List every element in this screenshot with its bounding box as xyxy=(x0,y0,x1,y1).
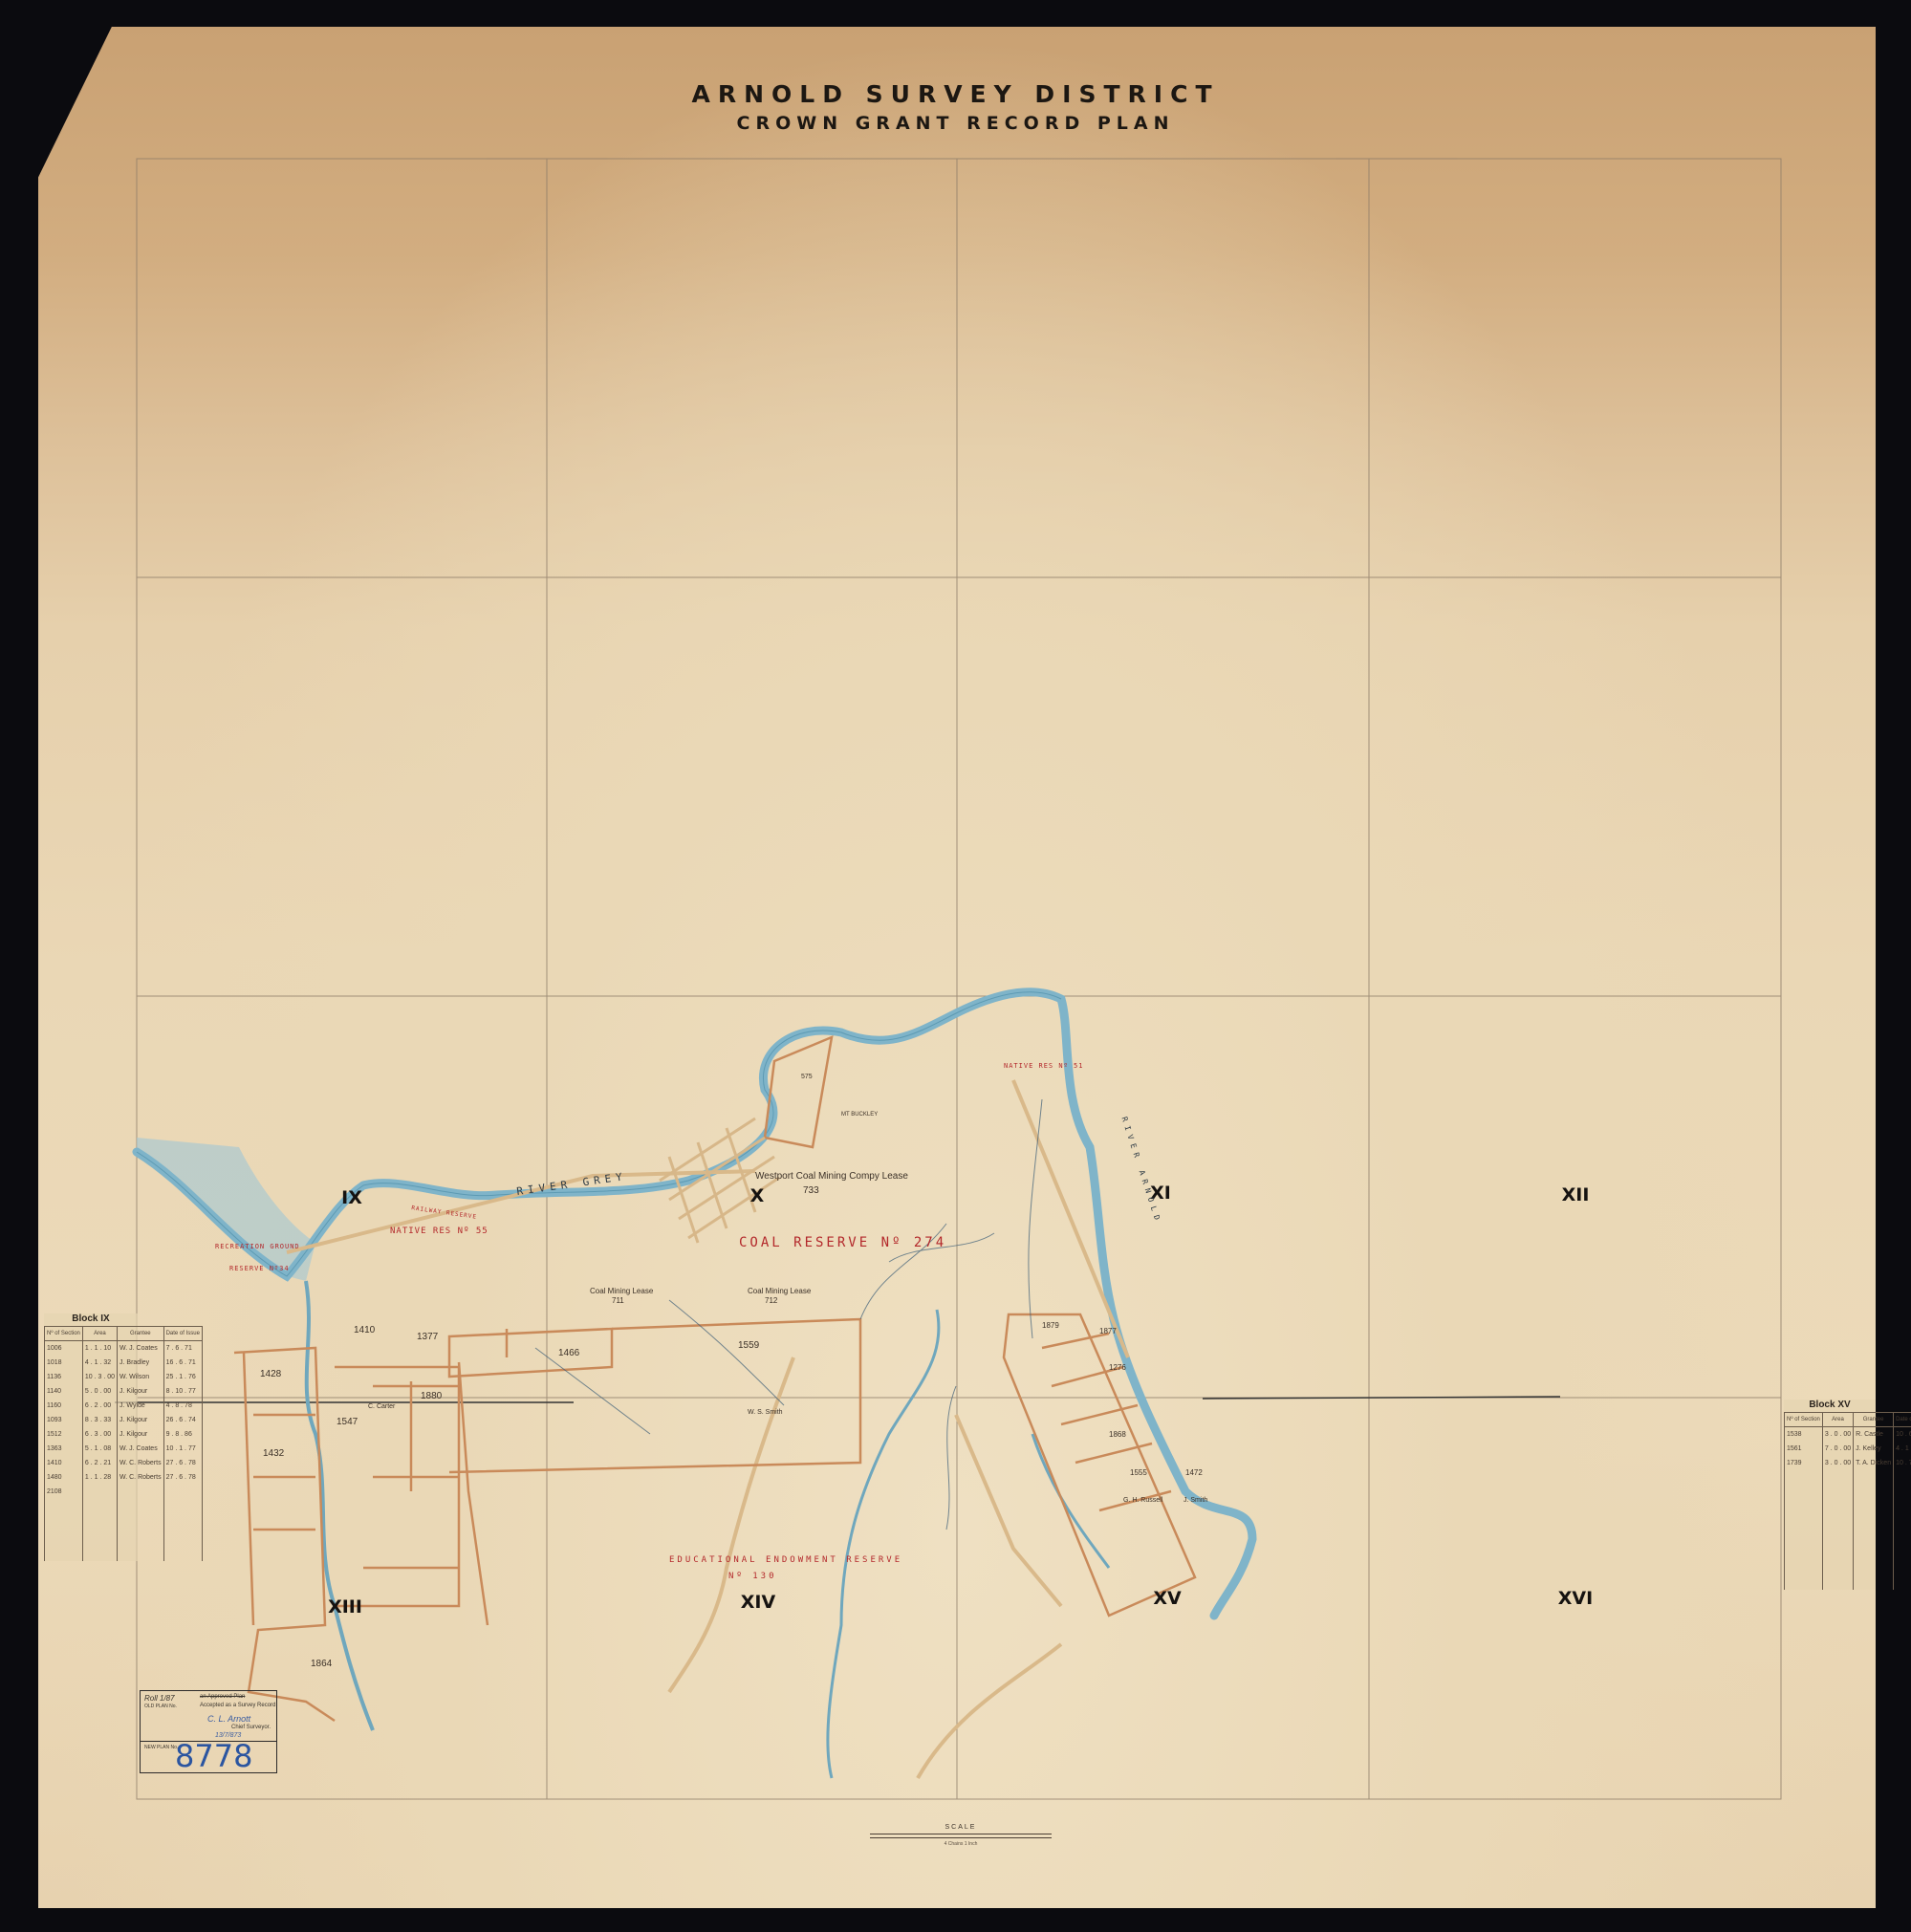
cell: 1160 xyxy=(45,1399,83,1413)
coal-reserve-label: COAL RESERVE Nº 274 xyxy=(739,1235,946,1250)
old-plan-value: Roll 1/87 xyxy=(144,1694,175,1703)
cell: 1093 xyxy=(45,1413,83,1427)
map-drawing xyxy=(0,0,1911,1932)
table-row: 11606 . 2 . 00J. Wylde4 . 8 . 78 xyxy=(45,1399,203,1413)
block-xv-caption: Block XV xyxy=(1784,1400,1876,1410)
recreation-ground-label: RECREATION GROUND xyxy=(215,1243,300,1250)
table-row: 11405 . 0 . 00J. Kilgour8 . 10 . 77 xyxy=(45,1384,203,1399)
new-plan-label: NEW PLAN No. xyxy=(144,1745,178,1750)
mt-buckley-label: MT BUCKLEY xyxy=(841,1112,878,1118)
cell: 6 . 2 . 21 xyxy=(82,1456,117,1470)
bay-water xyxy=(137,1138,315,1281)
cell: 1018 xyxy=(45,1356,83,1370)
cell: 1561 xyxy=(1785,1442,1823,1456)
scale-bar: SCALE 4 Chains 1 Inch xyxy=(870,1824,1052,1847)
cell: 1136 xyxy=(45,1370,83,1384)
block-ix-table: Block IX Nº of Section Area Grantee Date… xyxy=(44,1313,138,1561)
cell: 26 . 6 . 74 xyxy=(163,1413,202,1427)
cell: 5 . 0 . 00 xyxy=(82,1384,117,1399)
old-plan-label: OLD PLAN No. xyxy=(144,1704,177,1709)
reserve-34-label: RESERVE Nº34 xyxy=(229,1265,290,1272)
educational-reserve-label: EDUCATIONAL ENDOWMENT RESERVE xyxy=(669,1555,902,1565)
col-section: Nº of Section xyxy=(45,1327,83,1341)
table-row: 17393 . 0 . 00T. A. Dicken10 . 7 . 86 xyxy=(1785,1456,1911,1590)
owner-j-smith: J. Smith xyxy=(1184,1497,1207,1504)
cell: 1538 xyxy=(1785,1427,1823,1443)
section-1559: 1559 xyxy=(738,1340,759,1351)
coal-lease-711-label: Coal Mining Lease xyxy=(590,1287,653,1295)
cell: W. J. Coates xyxy=(118,1341,164,1357)
cell: J. Wylde xyxy=(118,1399,164,1413)
cell: J. Kilgour xyxy=(118,1427,164,1442)
table-row: 15617 . 0 . 00J. Kelley4 . 1 . 86 xyxy=(1785,1442,1911,1456)
cell: 10 . 6 . 86 xyxy=(1894,1427,1911,1443)
table-row: 10938 . 3 . 33J. Kilgour26 . 6 . 74 xyxy=(45,1413,203,1427)
cell: 9 . 8 . 86 xyxy=(163,1427,202,1442)
cell: 8 . 10 . 77 xyxy=(163,1384,202,1399)
table-row: 10061 . 1 . 10W. J. Coates7 . 6 . 71 xyxy=(45,1341,203,1357)
cell: 5 . 1 . 08 xyxy=(82,1442,117,1456)
owner-ws-smith: W. S. Smith xyxy=(748,1409,783,1416)
section-1547: 1547 xyxy=(337,1417,358,1427)
survey-record-stamp: Roll 1/87 OLD PLAN No. an Approved Plan … xyxy=(140,1690,277,1773)
cell: 1140 xyxy=(45,1384,83,1399)
cell: 16 . 6 . 71 xyxy=(163,1356,202,1370)
cell: W. C. Roberts xyxy=(118,1470,164,1485)
westport-lease-number: 733 xyxy=(803,1185,819,1196)
col-date: Date of Issue xyxy=(1894,1413,1911,1427)
cell: 1739 xyxy=(1785,1456,1823,1590)
section-boundaries xyxy=(234,1037,1195,1721)
cell: J. Kelley xyxy=(1854,1442,1894,1456)
section-1868: 1868 xyxy=(1109,1430,1126,1439)
col-date: Date of Issue xyxy=(163,1327,202,1341)
block-ix-caption: Block IX xyxy=(44,1313,138,1324)
cell: W. J. Coates xyxy=(118,1442,164,1456)
table-row: 14106 . 2 . 21W. C. Roberts27 . 6 . 78 xyxy=(45,1456,203,1470)
cell xyxy=(118,1485,164,1561)
signature: C. L. Arnott xyxy=(207,1714,250,1724)
block-label-xii: XII xyxy=(1562,1184,1590,1205)
cell: T. A. Dicken xyxy=(1854,1456,1894,1590)
col-area: Area xyxy=(1822,1413,1853,1427)
cell: 1363 xyxy=(45,1442,83,1456)
educational-reserve-number: Nº 130 xyxy=(728,1572,777,1581)
cell: J. Kilgour xyxy=(118,1384,164,1399)
block-boundary-line xyxy=(1203,1397,1560,1399)
block-label-xv: XV xyxy=(1153,1588,1181,1609)
map-title: ARNOLD SURVEY DISTRICT xyxy=(0,80,1911,108)
section-1555: 1555 xyxy=(1130,1468,1147,1477)
cell: W. C. Roberts xyxy=(118,1456,164,1470)
new-plan-number: 8778 xyxy=(175,1738,252,1774)
block-xv-table: Block XV Nº of Section Area Grantee Date… xyxy=(1784,1400,1876,1590)
cell: J. Kilgour xyxy=(118,1413,164,1427)
block-label-xiv: XIV xyxy=(741,1592,775,1613)
cell: 4 . 1 . 86 xyxy=(1894,1442,1911,1456)
cell: 1480 xyxy=(45,1470,83,1485)
struck-text: an Approved Plan xyxy=(200,1694,245,1700)
section-1877: 1877 xyxy=(1099,1327,1117,1335)
table-row: 15383 . 0 . 00R. Castle10 . 6 . 86 xyxy=(1785,1427,1911,1443)
section-1472: 1472 xyxy=(1185,1468,1203,1477)
cell: 1 . 1 . 10 xyxy=(82,1341,117,1357)
coal-lease-711-number: 711 xyxy=(612,1296,624,1305)
cell: 1512 xyxy=(45,1427,83,1442)
section-1377: 1377 xyxy=(417,1332,438,1342)
table-row: 10184 . 1 . 32J. Bradley16 . 6 . 71 xyxy=(45,1356,203,1370)
coal-lease-712-number: 712 xyxy=(765,1296,777,1305)
cell: 6 . 3 . 00 xyxy=(82,1427,117,1442)
cell: 4 . 8 . 78 xyxy=(163,1399,202,1413)
cell: 6 . 2 . 00 xyxy=(82,1399,117,1413)
coal-lease-712-label: Coal Mining Lease xyxy=(748,1287,811,1295)
river-grey xyxy=(137,992,1252,1616)
scale-ruler xyxy=(870,1834,1052,1838)
accepted-text: Accepted as a Survey Record xyxy=(200,1703,275,1708)
section-1432: 1432 xyxy=(263,1448,284,1459)
native-reserve-55-label: NATIVE RES Nº 55 xyxy=(390,1226,489,1236)
cell: 27 . 6 . 78 xyxy=(163,1456,202,1470)
section-1410: 1410 xyxy=(354,1325,375,1335)
cell: 8 . 3 . 33 xyxy=(82,1413,117,1427)
section-1428: 1428 xyxy=(260,1369,281,1379)
signer-title: Chief Surveyor. xyxy=(231,1725,271,1730)
block-label-x: X xyxy=(750,1185,765,1206)
cell: 3 . 0 . 00 xyxy=(1822,1427,1853,1443)
col-grantee: Grantee xyxy=(1854,1413,1894,1427)
owner-gh-russell: G. H. Russell xyxy=(1123,1497,1162,1504)
section-1879: 1879 xyxy=(1042,1321,1059,1330)
cell: 10 . 3 . 00 xyxy=(82,1370,117,1384)
table-row: 14801 . 1 . 28W. C. Roberts27 . 6 . 78 xyxy=(45,1470,203,1485)
cell: 1410 xyxy=(45,1456,83,1470)
creek xyxy=(828,1310,939,1778)
section-575: 575 xyxy=(801,1074,813,1080)
cell: 7 . 0 . 00 xyxy=(1822,1442,1853,1456)
cell: J. Bradley xyxy=(118,1356,164,1370)
cell: 1 . 1 . 28 xyxy=(82,1470,117,1485)
table-row: 13635 . 1 . 08W. J. Coates10 . 1 . 77 xyxy=(45,1442,203,1456)
cell xyxy=(82,1485,117,1561)
block-label-xiii: XIII xyxy=(328,1596,362,1617)
cell: 2108 xyxy=(45,1485,83,1561)
col-grantee: Grantee xyxy=(118,1327,164,1341)
cell: 3 . 0 . 00 xyxy=(1822,1456,1853,1590)
cell xyxy=(163,1485,202,1561)
col-area: Area xyxy=(82,1327,117,1341)
native-reserve-51-label: NATIVE RES Nº 51 xyxy=(1004,1062,1083,1070)
cell: 7 . 6 . 71 xyxy=(163,1341,202,1357)
grid-lines xyxy=(137,159,1781,1799)
table-row: 2108 xyxy=(45,1485,203,1561)
cell: 10 . 1 . 77 xyxy=(163,1442,202,1456)
cell: 4 . 1 . 32 xyxy=(82,1356,117,1370)
cell: W. Wilson xyxy=(118,1370,164,1384)
cell: 1006 xyxy=(45,1341,83,1357)
map-subtitle: CROWN GRANT RECORD PLAN xyxy=(0,113,1911,134)
table-row: 15126 . 3 . 00J. Kilgour9 . 8 . 86 xyxy=(45,1427,203,1442)
cell: 27 . 6 . 78 xyxy=(163,1470,202,1485)
section-1864: 1864 xyxy=(311,1659,332,1669)
owner-c-carter: C. Carter xyxy=(368,1403,395,1410)
westport-lease-label: Westport Coal Mining Compy Lease xyxy=(755,1171,908,1182)
section-1880: 1880 xyxy=(421,1391,442,1401)
cell: R. Castle xyxy=(1854,1427,1894,1443)
block-label-ix: IX xyxy=(341,1187,362,1208)
cell: 25 . 1 . 76 xyxy=(163,1370,202,1384)
scale-note: 4 Chains 1 Inch xyxy=(870,1841,1052,1847)
block-label-xvi: XVI xyxy=(1558,1588,1593,1609)
scale-label: SCALE xyxy=(870,1824,1052,1831)
table-row: 113610 . 3 . 00W. Wilson25 . 1 . 76 xyxy=(45,1370,203,1384)
cell: 10 . 7 . 86 xyxy=(1894,1456,1911,1590)
section-1276: 1276 xyxy=(1109,1363,1126,1372)
section-1466: 1466 xyxy=(558,1348,579,1358)
col-section: Nº of Section xyxy=(1785,1413,1823,1427)
